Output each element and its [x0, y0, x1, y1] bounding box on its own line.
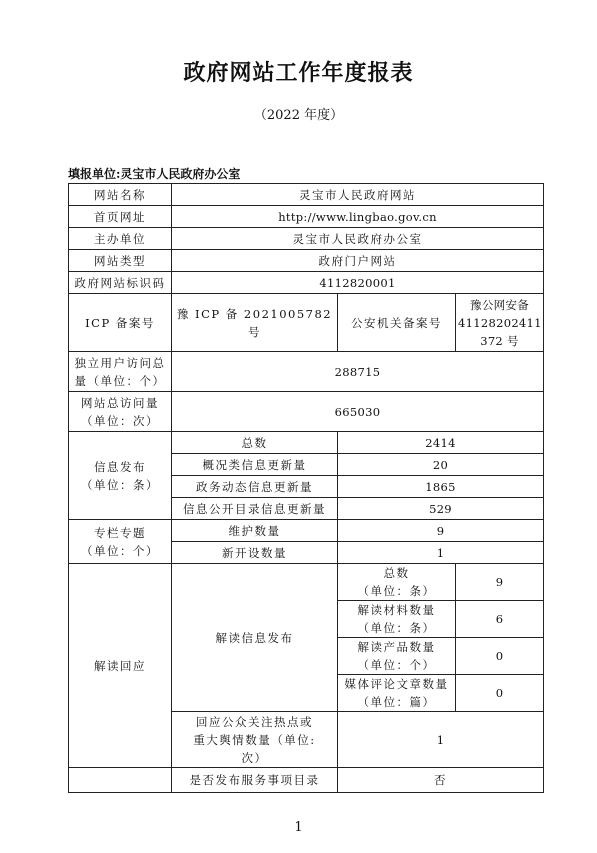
info-publish-item-value: 20 — [338, 454, 544, 476]
unique-visitors-label: 独立用户访问总 量（单位：个） — [69, 352, 172, 392]
response-label: 回应公众关注热点或 重大舆情数量（单位: 次） — [172, 712, 338, 768]
label-line: （单位：篇） — [340, 693, 453, 711]
table-row: 网站类型 政府门户网站 — [69, 250, 544, 272]
response-value: 1 — [338, 712, 544, 768]
site-id-value: 4112820001 — [172, 272, 544, 294]
label-line: （单位：条） — [71, 476, 169, 494]
icp-label: ICP 备案号 — [69, 294, 172, 352]
total-visits-label: 网站总访问量 （单位：次） — [69, 392, 172, 432]
report-year: （2022 年度） — [0, 104, 597, 123]
interpretation-item-value: 0 — [456, 638, 544, 675]
site-name-value: 灵宝市人民政府网站 — [172, 184, 544, 206]
label-line: 网站总访问量 — [71, 394, 169, 412]
site-name-label: 网站名称 — [69, 184, 172, 206]
table-row: 网站名称 灵宝市人民政府网站 — [69, 184, 544, 206]
label-line: 总数 — [340, 564, 453, 582]
info-publish-item-label: 概况类信息更新量 — [172, 454, 338, 476]
label-line: （单位：个） — [340, 656, 453, 674]
info-publish-item-value: 2414 — [338, 432, 544, 454]
table-row: 是否发布服务事项目录 否 — [69, 768, 544, 793]
interpretation-label: 解读回应 — [69, 564, 172, 768]
table-row: ICP 备案号 豫 ICP 备 2021005782 号 公安机关备案号 豫公网… — [69, 294, 544, 352]
columns-item-label: 维护数量 — [172, 520, 338, 542]
homepage-value: http://www.lingbao.gov.cn — [172, 206, 544, 228]
sponsor-value: 灵宝市人民政府办公室 — [172, 228, 544, 250]
label-line: （单位：个） — [71, 542, 169, 560]
total-visits-value: 665030 — [172, 392, 544, 432]
table-row: 信息发布 （单位：条） 总数 2414 — [69, 432, 544, 454]
site-type-value: 政府门户网站 — [172, 250, 544, 272]
label-line: 解读产品数量 — [340, 638, 453, 656]
label-line: 量（单位：个） — [71, 372, 169, 390]
columns-label: 专栏专题 （单位：个） — [69, 520, 172, 564]
table-row: 首页网址 http://www.lingbao.gov.cn — [69, 206, 544, 228]
label-line: （单位：次） — [71, 412, 169, 430]
police-record-line: 豫公网安备 — [458, 296, 541, 314]
label-line: 媒体评论文章数量 — [340, 675, 453, 693]
homepage-label: 首页网址 — [69, 206, 172, 228]
service-catalog-value: 否 — [338, 768, 544, 793]
info-publish-item-value: 529 — [338, 498, 544, 520]
table-row: 独立用户访问总 量（单位：个） 288715 — [69, 352, 544, 392]
label-line: 解读材料数量 — [340, 601, 453, 619]
label-line: 专栏专题 — [71, 524, 169, 542]
police-record-line: 41128202411 — [458, 314, 541, 332]
interpretation-publish-label: 解读信息发布 — [172, 564, 338, 712]
page-number: 1 — [0, 820, 597, 835]
label-line: （单位：条） — [340, 619, 453, 637]
site-id-label: 政府网站标识码 — [69, 272, 172, 294]
label-line: 信息发布 — [71, 458, 169, 476]
service-catalog-label: 是否发布服务事项目录 — [172, 768, 338, 793]
unique-visitors-value: 288715 — [172, 352, 544, 392]
label-line: 独立用户访问总 — [71, 354, 169, 372]
interpretation-item-label: 总数 （单位：条） — [338, 564, 456, 601]
info-publish-item-value: 1865 — [338, 476, 544, 498]
info-publish-item-label: 政务动态信息更新量 — [172, 476, 338, 498]
reporting-unit: 填报单位:灵宝市人民政府办公室 — [68, 165, 240, 182]
label-line: （单位：条） — [340, 582, 453, 600]
report-table: 网站名称 灵宝市人民政府网站 首页网址 http://www.lingbao.g… — [68, 183, 544, 793]
icp-value: 豫 ICP 备 2021005782 号 — [172, 294, 338, 352]
interpretation-item-label: 媒体评论文章数量 （单位：篇） — [338, 675, 456, 712]
police-record-label: 公安机关备案号 — [338, 294, 456, 352]
label-line: 重大舆情数量（单位: — [174, 731, 335, 749]
table-row: 专栏专题 （单位：个） 维护数量 9 — [69, 520, 544, 542]
table-row: 政府网站标识码 4112820001 — [69, 272, 544, 294]
interpretation-item-label: 解读产品数量 （单位：个） — [338, 638, 456, 675]
info-publish-item-label: 总数 — [172, 432, 338, 454]
empty-cell — [69, 768, 172, 793]
page-title: 政府网站工作年度报表 — [0, 56, 597, 87]
table-row: 解读回应 解读信息发布 总数 （单位：条） 9 — [69, 564, 544, 601]
police-record-line: 372 号 — [458, 332, 541, 350]
table-row: 主办单位 灵宝市人民政府办公室 — [69, 228, 544, 250]
sponsor-label: 主办单位 — [69, 228, 172, 250]
table-row: 网站总访问量 （单位：次） 665030 — [69, 392, 544, 432]
info-publish-item-label: 信息公开目录信息更新量 — [172, 498, 338, 520]
interpretation-item-value: 9 — [456, 564, 544, 601]
columns-item-label: 新开设数量 — [172, 542, 338, 564]
interpretation-item-value: 0 — [456, 675, 544, 712]
info-publish-label: 信息发布 （单位：条） — [69, 432, 172, 520]
columns-item-value: 9 — [338, 520, 544, 542]
label-line: 回应公众关注热点或 — [174, 713, 335, 731]
interpretation-item-value: 6 — [456, 601, 544, 638]
interpretation-item-label: 解读材料数量 （单位：条） — [338, 601, 456, 638]
site-type-label: 网站类型 — [69, 250, 172, 272]
label-line: 次） — [174, 749, 335, 767]
police-record-value: 豫公网安备 41128202411 372 号 — [456, 294, 544, 352]
columns-item-value: 1 — [338, 542, 544, 564]
